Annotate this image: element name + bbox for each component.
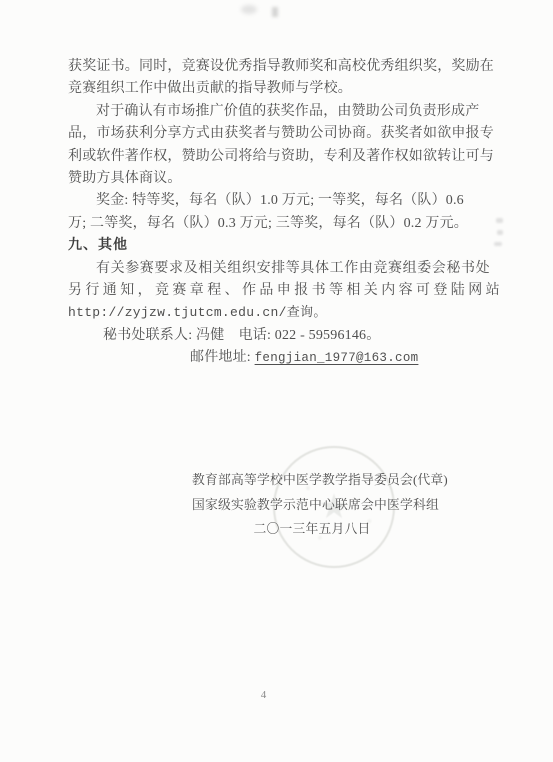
scanned-document-page: 获奖证书。同时，竞赛设优秀指导教师奖和高校优秀组织奖，奖励在 竞赛组织工作中做出…	[0, 0, 553, 762]
email-label: 邮件地址:	[190, 350, 255, 365]
signature-date-line: 二〇一三年五月八日	[192, 517, 460, 542]
email-address: fengjian_1977@163.com	[255, 351, 419, 365]
body-text-line: 利或软件著作权，赞助公司将给与资助，专利及著作权如欲转让可与	[68, 146, 492, 168]
prize-money-line: 万; 二等奖，每名（队）0.3 万元; 三等奖，每名（队）0.2 万元。	[68, 213, 492, 235]
body-text-line: 对于确认有市场推广价值的获奖作品，由赞助公司负责形成产	[68, 101, 492, 123]
scan-speck	[494, 242, 502, 246]
secretary-contact-line: 秘书处联系人: 冯健 电话: 022 - 59596146。	[68, 325, 492, 347]
scan-smudge	[241, 5, 257, 14]
signature-org-line-2: 国家级实验教学示范中心联席会中医学科组	[192, 493, 460, 518]
body-text-line: 品，市场获利分享方式由获奖者与赞助公司协商。获奖者如欲申报专	[68, 123, 492, 145]
section-heading: 九、其他	[68, 235, 492, 257]
scan-speck	[497, 230, 503, 235]
signature-block: 教育部高等学校中医学教学指导委员会(代章) 国家级实验教学示范中心联席会中医学科…	[192, 468, 460, 542]
scan-speck	[496, 218, 503, 223]
body-text-line: 获奖证书。同时，竞赛设优秀指导教师奖和高校优秀组织奖，奖励在	[68, 56, 492, 78]
scan-smudge	[272, 7, 278, 17]
page-number: 4	[0, 689, 540, 701]
email-line: 邮件地址: fengjian_1977@163.com	[68, 347, 492, 369]
body-text-line: 竞赛组织工作中做出贡献的指导教师与学校。	[68, 78, 492, 100]
body-text-line: 有关参赛要求及相关组织安排等具体工作由竞赛组委会秘书处	[68, 258, 492, 280]
prize-money-line: 奖金: 特等奖，每名（队）1.0 万元; 一等奖，每名（队）0.6	[68, 190, 492, 212]
document-body: 获奖证书。同时，竞赛设优秀指导教师奖和高校优秀组织奖，奖励在 竞赛组织工作中做出…	[68, 56, 492, 369]
website-url: http://zyjzw.tjutcm.edu.cn/查询。	[68, 302, 492, 324]
body-text-line: 另行通知，竞赛章程、作品申报书等相关内容可登陆网站	[68, 280, 492, 302]
signature-org-line-1: 教育部高等学校中医学教学指导委员会(代章)	[192, 468, 460, 493]
body-text-line: 赞助方具体商议。	[68, 168, 492, 190]
